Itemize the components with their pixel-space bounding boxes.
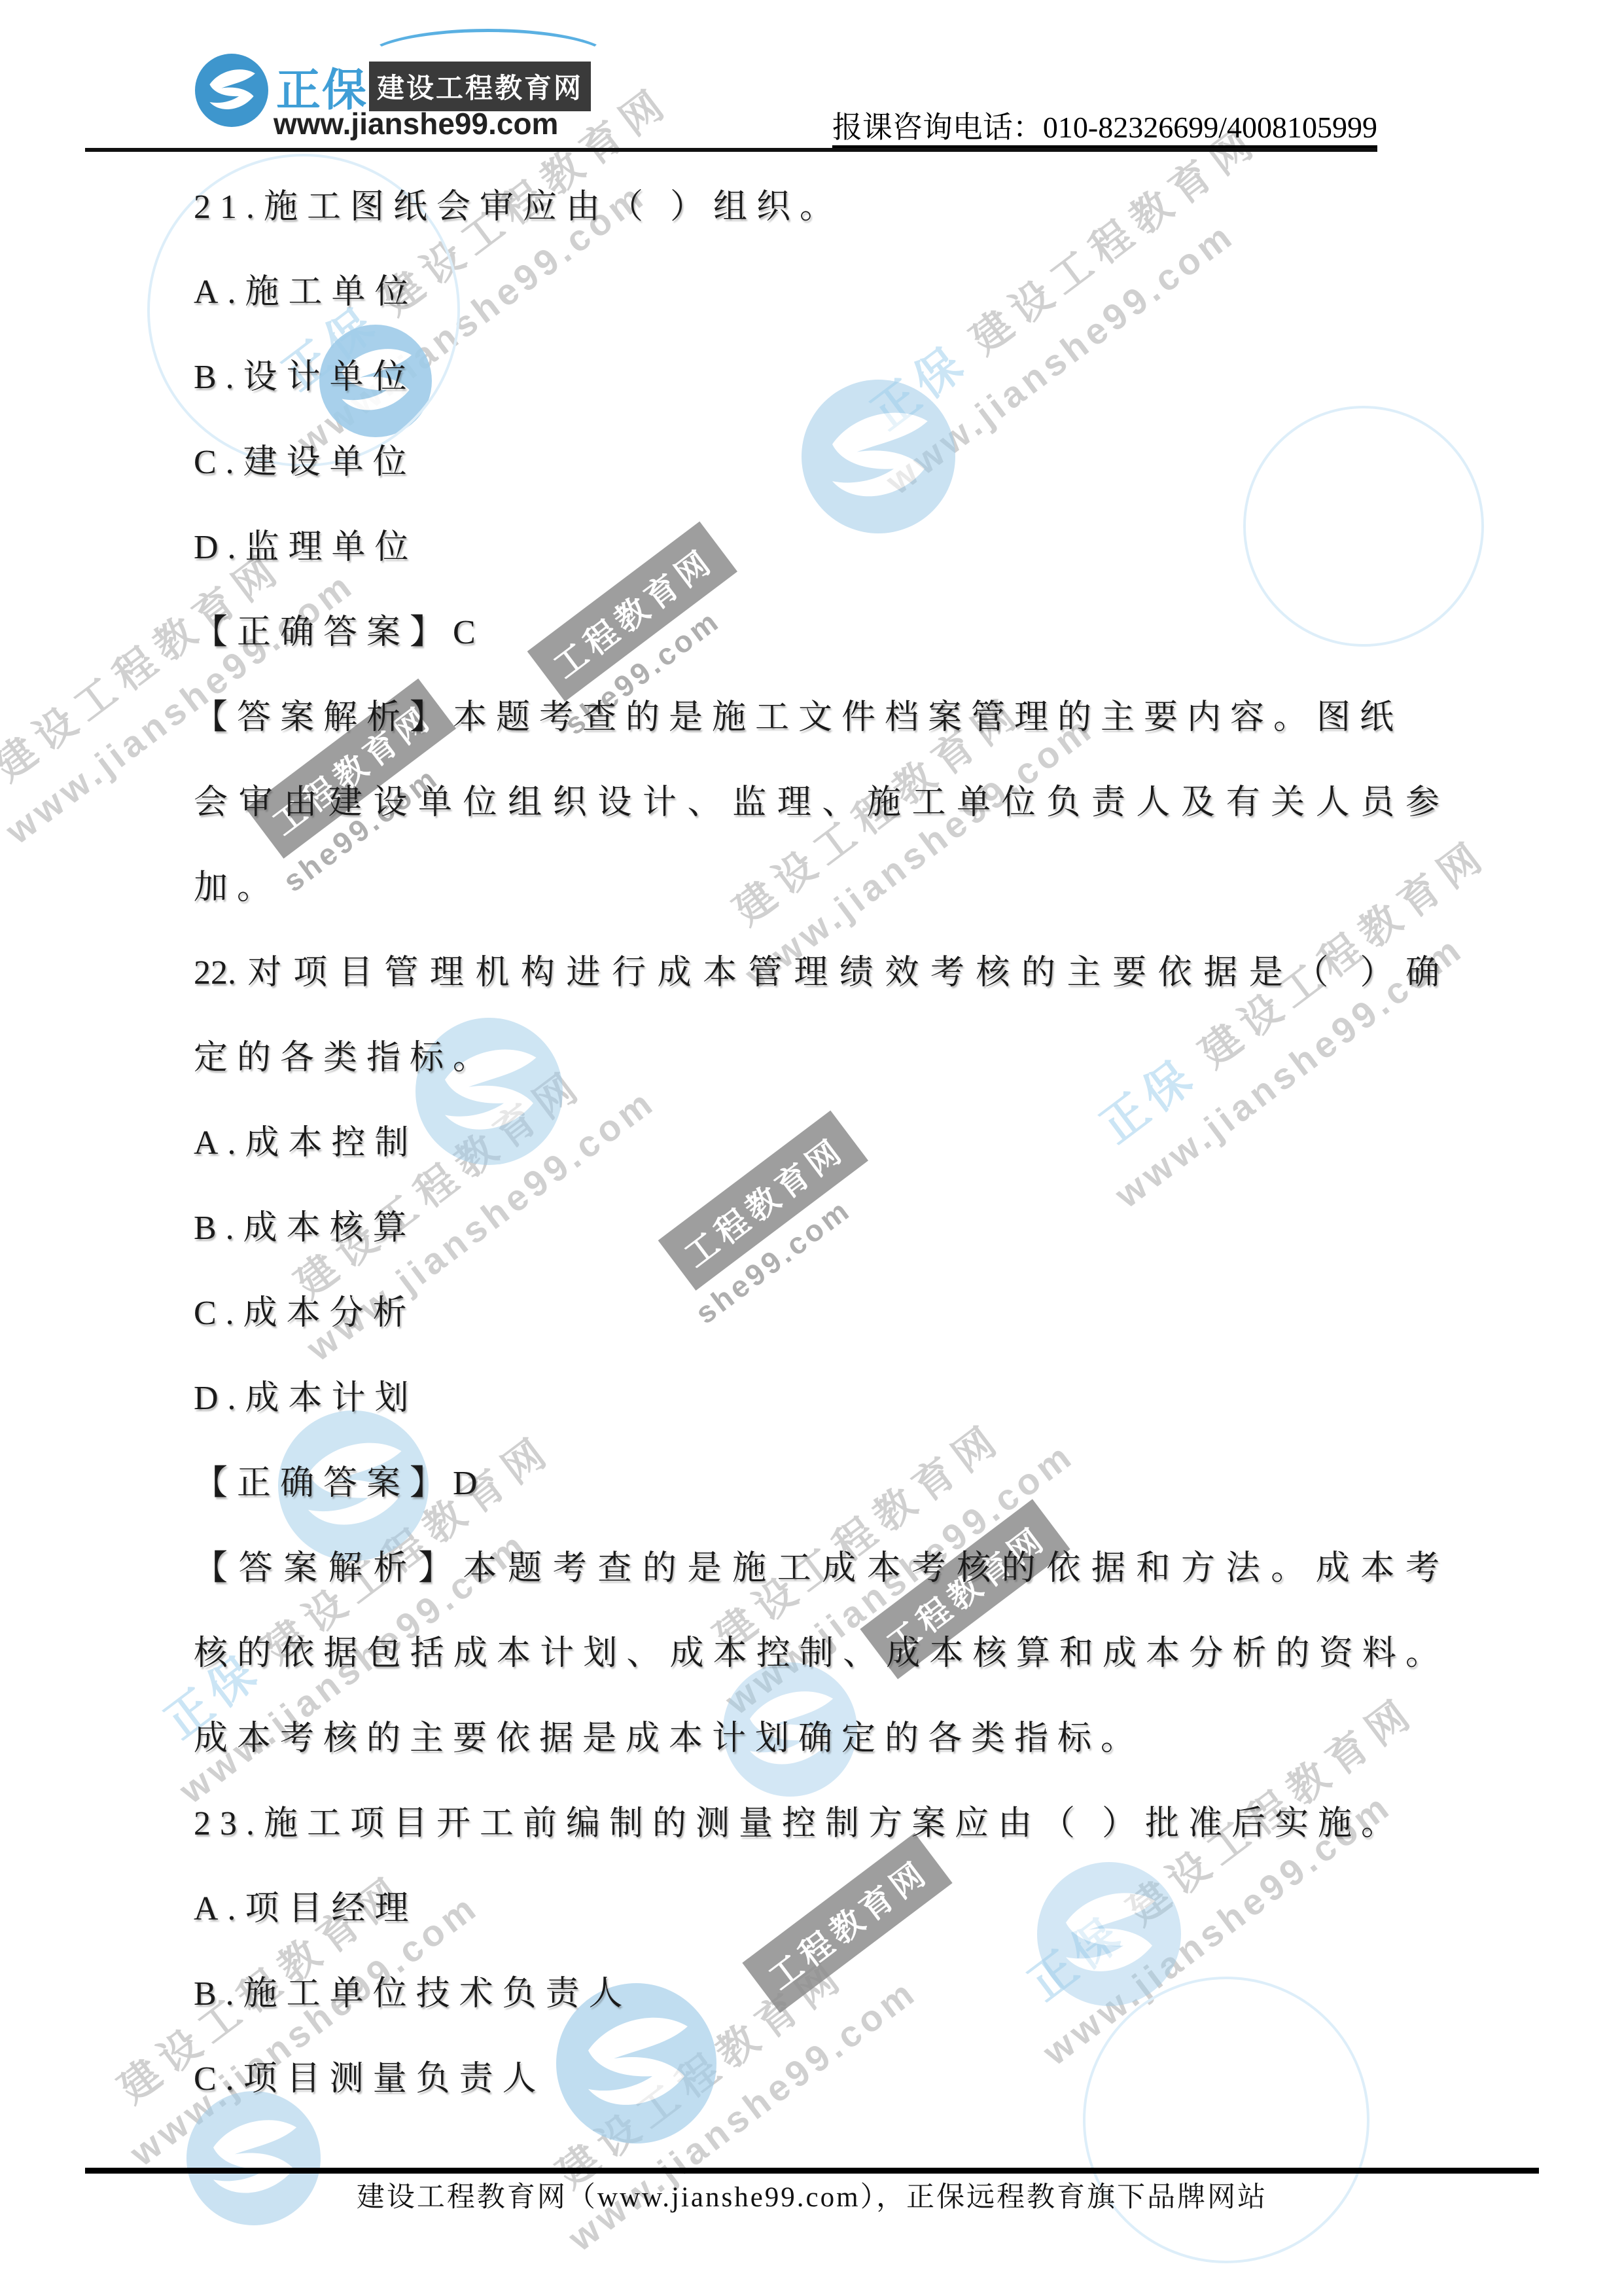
brand-logo: 正保 建设工程教育网 www.jianshe99.com	[195, 38, 614, 143]
q23-option-a: A.项目经理	[194, 1867, 1439, 1952]
consult-phone-text: 报课咨询电话：010-82326699/4008105999	[832, 103, 1377, 147]
footer-text: 建设工程教育网（www.jianshe99.com），正保远程教育旗下品牌网站	[85, 2177, 1539, 2219]
q22-option-a: A.成本控制	[194, 1101, 1439, 1186]
exam-content: 21.施工图纸会审应由（ ）组织。 A.施工单位 B.设计单位 C.建设单位 D…	[194, 165, 1439, 2122]
q22-answer-value: D	[453, 1465, 487, 1502]
q21-answer-label: 【正确答案】	[194, 614, 453, 651]
q21-analysis-3: 加。	[194, 846, 1439, 931]
q21-option-a: A.施工单位	[194, 250, 1439, 335]
brand-logo-icon	[195, 54, 268, 127]
q21-stem: 21.施工图纸会审应由（ ）组织。	[194, 165, 1439, 250]
q21-analysis-2: 会审由建设单位组织设计、监理、施工单位负责人及有关人员参	[194, 761, 1439, 846]
q22-analysis-3: 成本考核的主要依据是成本计划确定的各类指标。	[194, 1696, 1439, 1782]
q23-option-c: C.项目测量负责人	[194, 2037, 1439, 2122]
q21-option-d: D.监理单位	[194, 505, 1439, 590]
logo-site-url: www.jianshe99.com	[274, 106, 558, 141]
document-page: 正保建设工程教育网www.jianshe99.com正保建设工程教育网www.j…	[0, 0, 1624, 2296]
q23-stem: 23.施工项目开工前编制的测量控制方案应由（ ）批准后实施。	[194, 1782, 1439, 1867]
q22-answer-line: 【正确答案】D	[194, 1441, 1439, 1526]
q21-answer-line: 【正确答案】C	[194, 590, 1439, 675]
q22-answer-label: 【正确答案】	[194, 1465, 453, 1502]
q21-analysis-1: 【答案解析】本题考查的是施工文件档案管理的主要内容。图纸	[194, 675, 1439, 761]
q23-option-b: B.施工单位技术负责人	[194, 1952, 1439, 2037]
logo-site-name: 建设工程教育网	[369, 62, 591, 111]
q21-option-c: C.建设单位	[194, 420, 1439, 505]
q21-answer-value: C	[453, 614, 485, 651]
q22-option-d: D.成本计划	[194, 1356, 1439, 1441]
q22-option-c: C.成本分析	[194, 1271, 1439, 1356]
q21-option-b: B.设计单位	[194, 335, 1439, 420]
q22-stem-2: 定的各类指标。	[194, 1016, 1439, 1101]
header-rule	[85, 148, 1377, 152]
footer-rule	[85, 2168, 1539, 2174]
q22-analysis-2: 核的依据包括成本计划、成本控制、成本核算和成本分析的资料。	[194, 1611, 1439, 1696]
q22-analysis-1: 【答案解析】本题考查的是施工成本考核的依据和方法。成本考	[194, 1526, 1439, 1611]
q22-stem-1: 22.对项目管理机构进行成本管理绩效考核的主要依据是（ ）确	[194, 931, 1439, 1016]
q22-option-b: B.成本核算	[194, 1186, 1439, 1271]
